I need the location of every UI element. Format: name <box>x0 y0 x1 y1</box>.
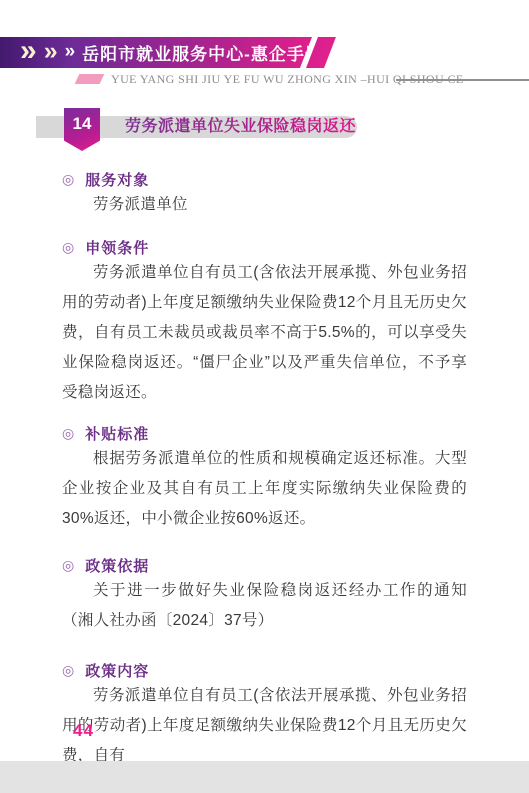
section-heading-label: 服务对象 <box>85 169 149 190</box>
section-body-text: 劳务派遣单位自有员工(含依法开展承揽、外包业务招用的劳动者)上年度足额缴纳失业保… <box>62 258 467 408</box>
section-heading-label: 申领条件 <box>85 237 149 258</box>
section-number-badge: 14 <box>64 108 100 151</box>
banner-tail-shape <box>306 37 336 68</box>
section-heading: ◎ 政策依据 <box>62 554 467 576</box>
page-content: ◎ 服务对象 劳务派遣单位 ◎ 申领条件 劳务派遣单位自有员工(含依法开展承揽、… <box>62 162 467 771</box>
bullseye-bullet-icon: ◎ <box>62 558 74 572</box>
header-divider-line <box>396 79 529 81</box>
section-body-text: 关于进一步做好失业保险稳岗返还经办工作的通知（湘人社办函〔2024〕37号） <box>62 576 467 636</box>
chevron-right-icon: » <box>44 39 58 64</box>
section-heading: ◎ 补贴标准 <box>62 422 467 444</box>
section-application-conditions: ◎ 申领条件 劳务派遣单位自有员工(含依法开展承揽、外包业务招用的劳动者)上年度… <box>62 236 467 408</box>
section-heading: ◎ 服务对象 <box>62 168 467 190</box>
bullseye-bullet-icon: ◎ <box>62 426 74 440</box>
section-body-text: 根据劳务派遣单位的性质和规模确定返还标准。大型企业按企业及其自有员工上年度实际缴… <box>62 444 467 534</box>
banner-title: 岳阳市就业服务中心-惠企手册 <box>82 40 323 65</box>
chevron-right-icon: » <box>20 36 37 66</box>
section-policy-content: ◎ 政策内容 劳务派遣单位自有员工(含依法开展承揽、外包业务招用的劳动者)上年度… <box>62 659 467 771</box>
section-heading: ◎ 申领条件 <box>62 236 467 258</box>
pink-parallelogram-shape <box>75 74 105 84</box>
section-policy-basis: ◎ 政策依据 关于进一步做好失业保险稳岗返还经办工作的通知（湘人社办函〔2024… <box>62 554 467 636</box>
viewer-background-strip <box>0 761 529 793</box>
bullseye-bullet-icon: ◎ <box>62 663 74 677</box>
section-heading: ◎ 政策内容 <box>62 659 467 681</box>
section-body-text: 劳务派遣单位 <box>62 190 467 220</box>
section-title: 劳务派遣单位失业保险稳岗返还 <box>125 116 357 138</box>
header-banner: » » » 岳阳市就业服务中心-惠企手册 <box>0 37 312 68</box>
chevron-right-icon: » <box>65 42 76 61</box>
handbook-page: » » » 岳阳市就业服务中心-惠企手册 YUE YANG SHI JIU YE… <box>0 0 529 793</box>
section-heading-label: 补贴标准 <box>85 423 149 444</box>
bullseye-bullet-icon: ◎ <box>62 240 74 254</box>
section-heading-label: 政策依据 <box>85 555 149 576</box>
section-service-target: ◎ 服务对象 劳务派遣单位 <box>62 168 467 220</box>
bullseye-bullet-icon: ◎ <box>62 172 74 186</box>
page-number: 44 <box>73 721 94 741</box>
section-body-text: 劳务派遣单位自有员工(含依法开展承揽、外包业务招用的劳动者)上年度足额缴纳失业保… <box>62 681 467 771</box>
section-heading-label: 政策内容 <box>85 660 149 681</box>
section-subsidy-standard: ◎ 补贴标准 根据劳务派遣单位的性质和规模确定返还标准。大型企业按企业及其自有员… <box>62 422 467 534</box>
